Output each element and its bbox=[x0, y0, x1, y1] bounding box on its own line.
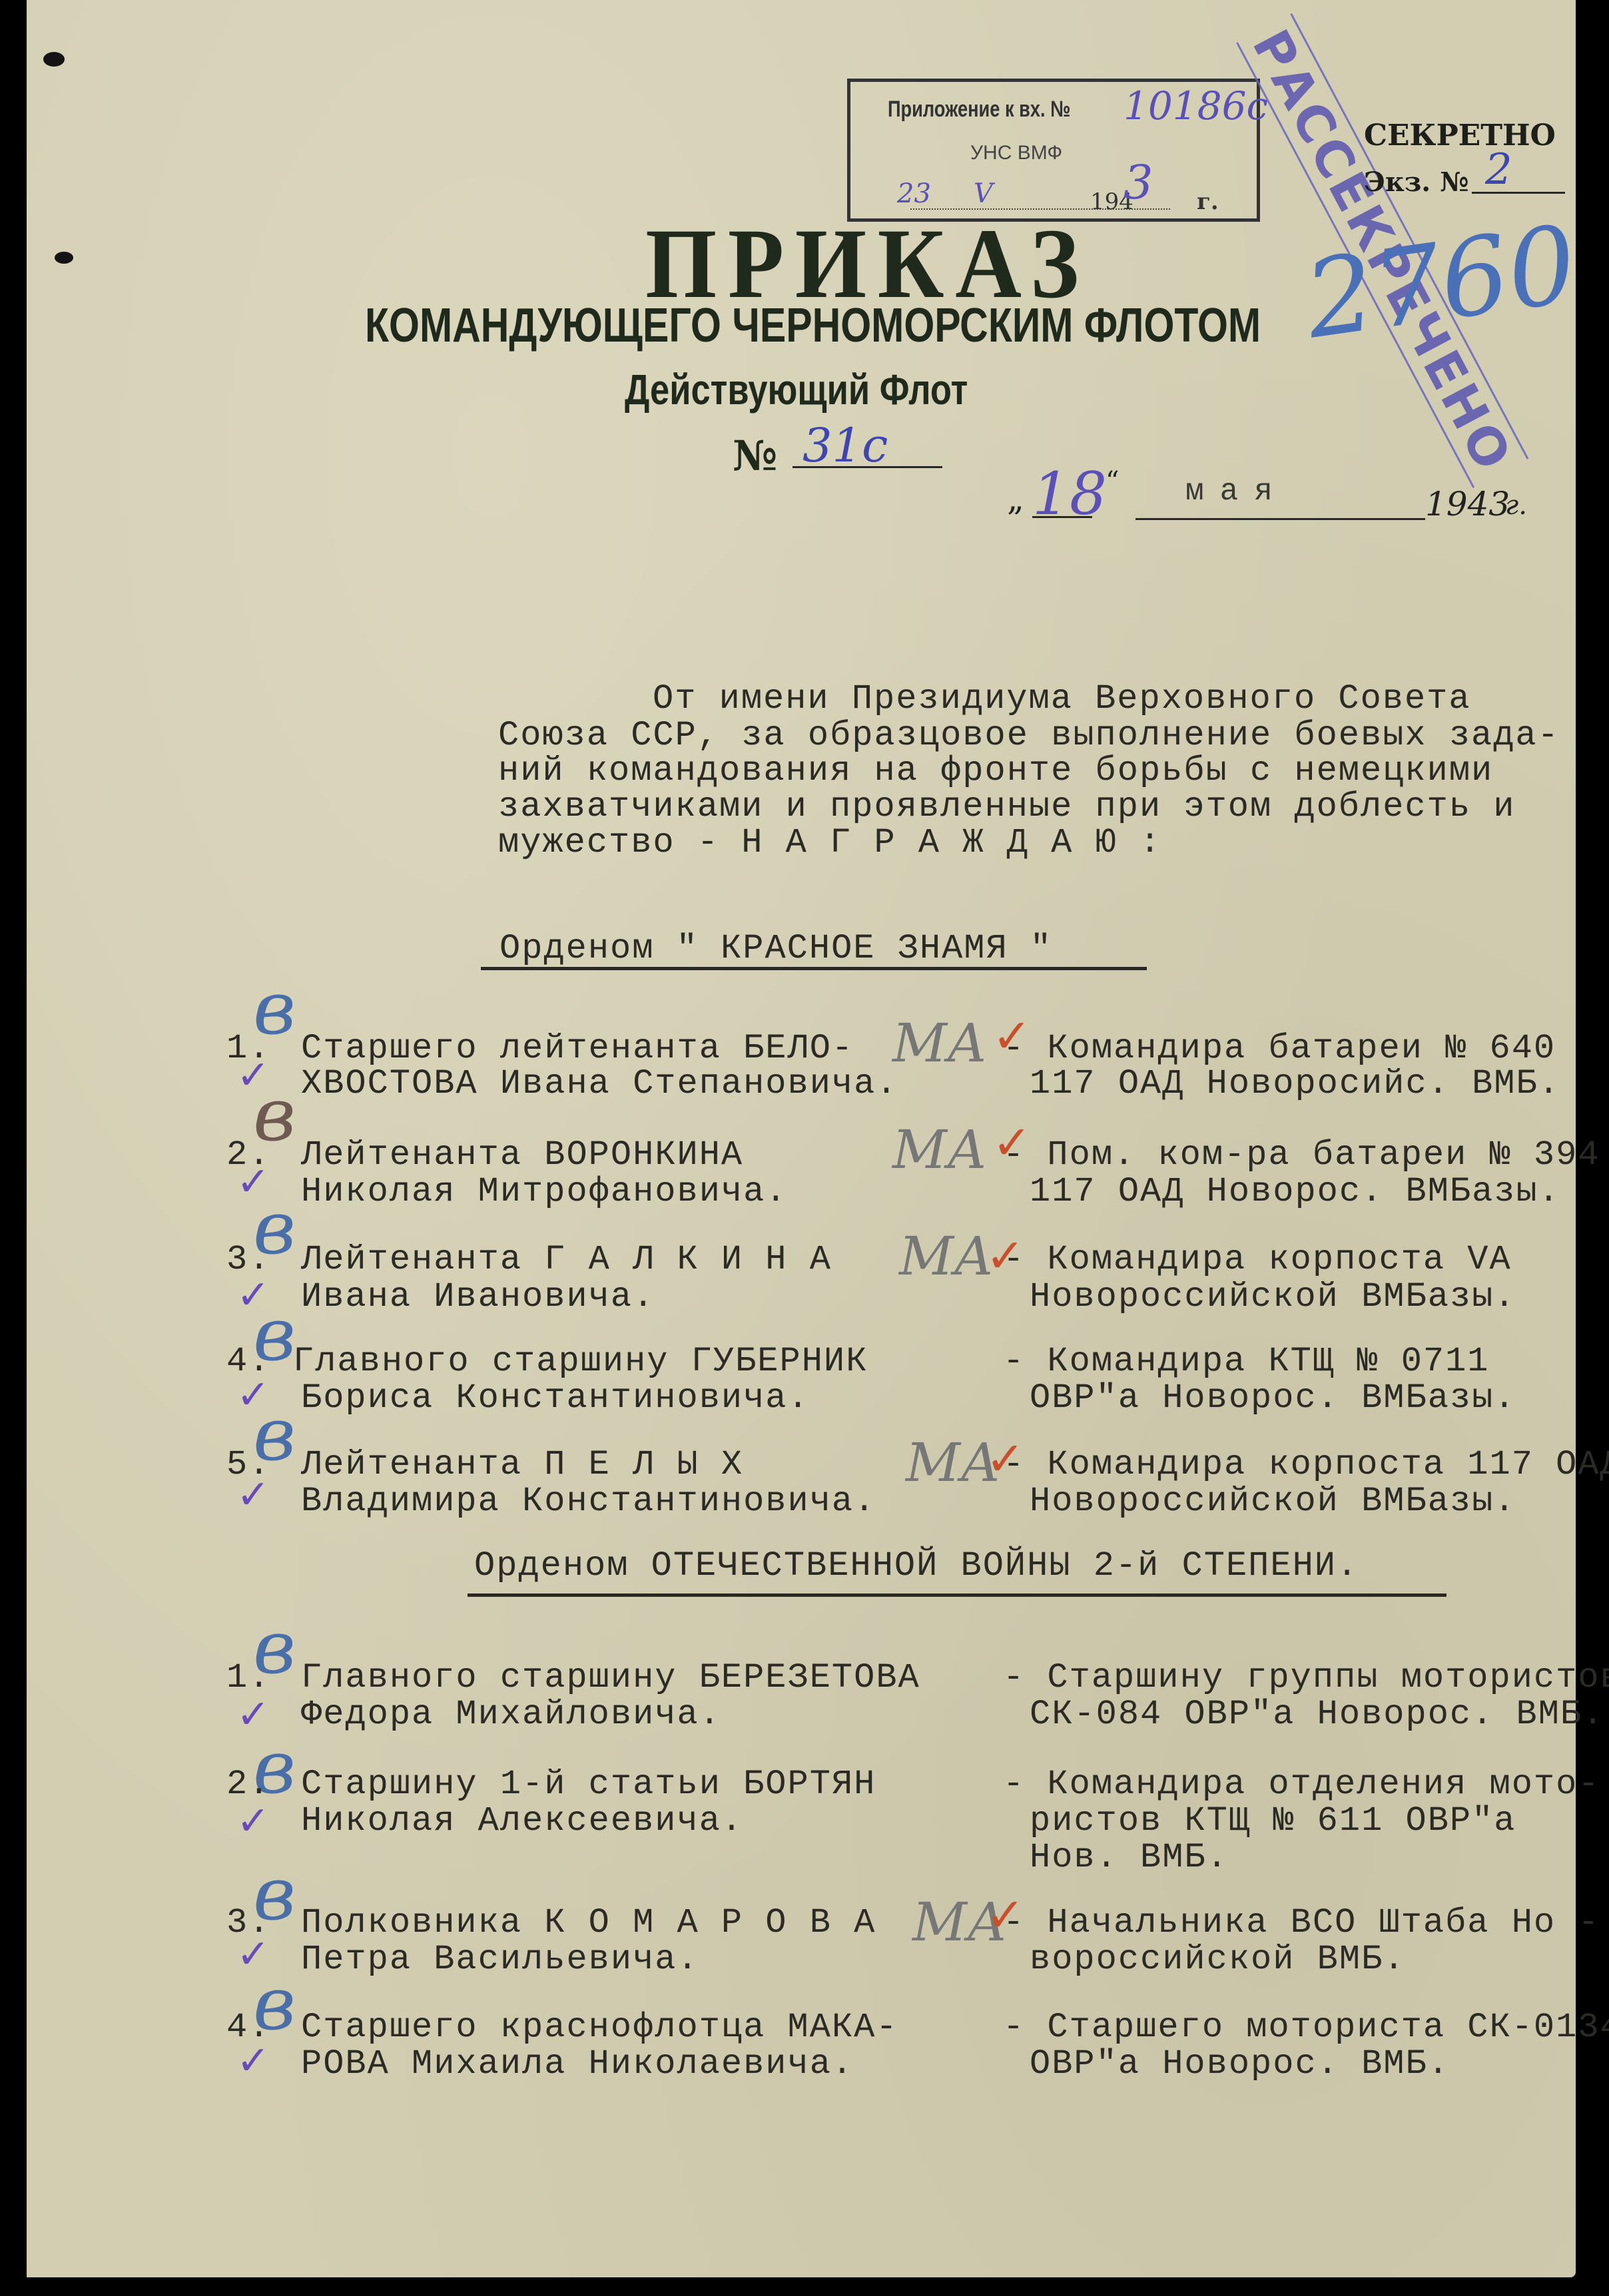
entry-name-line: Старшину 1-й статьи БОРТЯН bbox=[301, 1765, 876, 1804]
entry-number: 3. bbox=[226, 1240, 270, 1279]
punch-hole bbox=[55, 252, 73, 264]
entry-name-line: Старшего краснофлотца МАКА- bbox=[301, 2008, 898, 2047]
date-month: мая bbox=[1185, 474, 1289, 509]
section-heading-red-banner: Орденом " КРАСНОЕ ЗНАМЯ " bbox=[499, 929, 1052, 968]
entry-number: 1. bbox=[226, 1029, 270, 1068]
date-day-underline bbox=[1032, 516, 1092, 518]
entry-number: 2. bbox=[226, 1765, 270, 1804]
entry-position-line: ОВР"а Новорос. ВМБ. bbox=[1030, 2044, 1450, 2084]
date-open-quote: „ bbox=[1007, 479, 1024, 518]
issuer-subtitle: КОМАНДУЮЩЕГО ЧЕРНОМОРСКИМ ФЛОТОМ bbox=[365, 298, 1261, 353]
preamble-line: ний командования на фронте борьбы с неме… bbox=[498, 751, 1493, 790]
entry-name-line: РОВА Михаила Николаевича. bbox=[301, 2044, 854, 2084]
entry-name-line: Николая Алексеевича. bbox=[301, 1801, 743, 1841]
copy-label: Экз. № bbox=[1364, 166, 1469, 198]
entry-number: 1. bbox=[226, 1658, 270, 1697]
entry-number: 5. bbox=[226, 1445, 270, 1484]
classification-label: СЕКРЕТНО bbox=[1364, 119, 1556, 152]
preamble-line: Союза ССР, за образцовое выполнение боев… bbox=[498, 716, 1560, 755]
section-heading-underline bbox=[468, 1593, 1447, 1597]
entry-name-line: Главного старшину БЕРЕЗЕТОВА bbox=[301, 1658, 920, 1697]
signature-icon: МА bbox=[892, 1119, 988, 1181]
entry-position-line: Новороссийской ВМБазы. bbox=[1030, 1482, 1516, 1521]
fleet-label: Действующий Флот bbox=[625, 365, 968, 414]
date-year-suffix: г. bbox=[1505, 490, 1527, 521]
entry-position-line: - Командира корпоста 117 ОАД bbox=[1003, 1445, 1609, 1484]
check-icon: ✓ bbox=[236, 1798, 270, 1845]
stamp-line1: Приложение к вх. № bbox=[888, 97, 1070, 123]
entry-position-line: - Командира отделения мото- bbox=[1003, 1765, 1600, 1804]
entry-name-line: Полковника К О М А Р О В А bbox=[301, 1903, 876, 1942]
preamble-line: захватчиками и проявленные при этом добл… bbox=[498, 787, 1515, 826]
entry-position-line: ристов КТЩ № 611 ОВР"а bbox=[1030, 1801, 1516, 1841]
entry-position-line: - Начальника ВСО Штаба Но - bbox=[1003, 1903, 1600, 1942]
entry-name-line: Лейтенанта ВОРОНКИНА bbox=[301, 1135, 743, 1175]
entry-position-line: - Пом. ком-ра батареи № 394 bbox=[1003, 1135, 1600, 1175]
entry-number: 4. bbox=[226, 2008, 270, 2047]
entry-position-line: вороссийской ВМБ. bbox=[1030, 1940, 1406, 1979]
entry-position-line: Нов. ВМБ. bbox=[1030, 1838, 1229, 1877]
entry-position-line: - Командира корпоста VA bbox=[1003, 1240, 1512, 1279]
order-number-label: № bbox=[733, 431, 777, 480]
order-number: 31с bbox=[803, 418, 888, 473]
entry-position-line: - Старшего моториста СК-0134 bbox=[1003, 2008, 1609, 2047]
entry-name-line: Бориса Константиновича. bbox=[301, 1378, 810, 1418]
stamp-incoming-number: 10186с bbox=[1124, 83, 1268, 129]
preamble-line: От имени Президиума Верховного Совета bbox=[653, 679, 1471, 718]
entry-name-line: Петра Васильевича. bbox=[301, 1940, 699, 1979]
entry-name-line: Старшего лейтенанта БЕЛО- bbox=[301, 1029, 854, 1068]
entry-number: 4. bbox=[226, 1342, 270, 1381]
entry-name-line: Главного старшину ГУБЕРНИК bbox=[293, 1342, 868, 1381]
signature-icon: МА bbox=[892, 1012, 988, 1074]
entry-name-line: Лейтенанта Г А Л К И Н А bbox=[301, 1240, 832, 1279]
signature-icon: МА bbox=[899, 1225, 994, 1287]
section-heading-underline bbox=[481, 967, 1147, 970]
date-month-underline bbox=[1135, 518, 1425, 520]
date-close-quote: “ bbox=[1106, 466, 1119, 497]
preamble-line: мужество - Н А Г Р А Ж Д А Ю : bbox=[498, 823, 1161, 862]
stamp-date-month: V bbox=[974, 178, 993, 209]
entry-name-line: Ивана Ивановича. bbox=[301, 1277, 655, 1316]
entry-name-line: Лейтенанта П Е Л Ы Х bbox=[301, 1445, 743, 1484]
copy-number: 2 bbox=[1485, 145, 1512, 194]
entry-name-line: Николая Митрофановича. bbox=[301, 1172, 788, 1211]
entry-position-line: Новороссийской ВМБазы. bbox=[1030, 1277, 1516, 1316]
stamp-date-day: 23 bbox=[897, 178, 931, 209]
entry-name-line: Владимира Константиновича. bbox=[301, 1482, 876, 1521]
entry-name-line: Федора Михайловича. bbox=[301, 1695, 721, 1734]
date-year: 1943 bbox=[1425, 485, 1510, 523]
punch-hole bbox=[43, 52, 65, 67]
entry-number: 2. bbox=[226, 1135, 270, 1175]
entry-position-line: СК-084 ОВР"а Новорос. ВМБ. bbox=[1030, 1695, 1604, 1734]
stamp-year-digit: 3 bbox=[1124, 155, 1153, 210]
entry-number: 3. bbox=[226, 1903, 270, 1942]
section-heading-patriotic-war: Орденом ОТЕЧЕСТВЕННОЙ ВОЙНЫ 2-й СТЕПЕНИ. bbox=[474, 1546, 1359, 1585]
document-page: Приложение к вх. № 10186с УНС ВМФ 23 V 1… bbox=[27, 0, 1576, 2277]
entry-position-line: 117 ОАД Новоросийс. ВМБ. bbox=[1030, 1064, 1560, 1103]
registration-stamp: Приложение к вх. № 10186с УНС ВМФ 23 V 1… bbox=[847, 79, 1260, 222]
entry-position-line: ОВР"а Новорос. ВМБазы. bbox=[1030, 1378, 1516, 1418]
entry-position-line: - Командира батареи № 640 bbox=[1003, 1029, 1556, 1068]
entry-position-line: 117 ОАД Новорос. ВМБазы. bbox=[1030, 1172, 1560, 1211]
entry-position-line: - Старшину группы мотористов bbox=[1003, 1658, 1609, 1697]
entry-name-line: ХВОСТОВА Ивана Степановича. bbox=[301, 1064, 898, 1103]
stamp-year-suffix: г. bbox=[1197, 188, 1219, 215]
entry-position-line: - Командира КТЩ № 0711 bbox=[1003, 1342, 1490, 1381]
stamp-line2: УНС ВМФ bbox=[970, 142, 1062, 164]
